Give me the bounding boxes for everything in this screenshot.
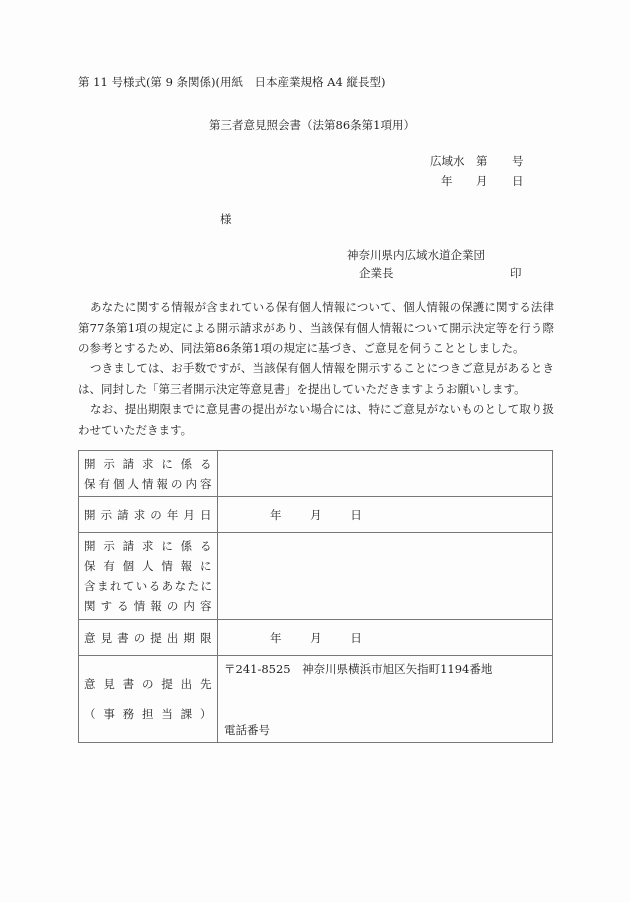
reference-go: 号 <box>512 156 524 168</box>
label-line: 意見書の提出先 <box>84 669 212 699</box>
seal-mark: 印 <box>510 268 522 280</box>
month-label: 月 <box>310 507 322 523</box>
label-line: 意見書の提出期限 <box>84 628 212 648</box>
row-label: 開示請求に係る 保有個人情報に 含まれているあなたに 関する情報の内容 <box>79 533 218 620</box>
document-title: 第三者意見照会書（法第86条第1項用） <box>209 120 415 132</box>
request-date-field[interactable]: 年 月 日 <box>218 497 553 533</box>
body-paragraph-3: なお、提出期限までに意見書の提出がない場合には、特にご意見がないものとして取り扱… <box>78 399 554 440</box>
label-line: 保有個人情報に <box>84 556 212 576</box>
body-paragraph-2: つきましては、お手数ですが、当該保有個人情報を開示することにつきご意見があるとき… <box>78 358 554 399</box>
recipient-suffix: 様 <box>220 214 232 226</box>
address-text: 〒241-8525 神奈川県横浜市旭区矢指町1194番地 <box>224 661 552 677</box>
phone-label: 電話番号 <box>224 722 270 738</box>
information-table: 開示請求に係る 保有個人情報の内容 開示請求の年月日 年 月 日 開示請求に係る… <box>78 450 553 743</box>
table-row: 意見書の提出期限 年 月 日 <box>79 620 553 656</box>
label-line: 開示請求の年月日 <box>84 505 212 525</box>
label-line: 関する情報の内容 <box>84 596 212 616</box>
form-number: 第 11 号様式(第 9 条関係)(用紙 日本産業規格 A4 縦長型) <box>78 77 385 89</box>
label-line: 開示請求に係る <box>84 454 212 474</box>
year-label: 年 <box>270 507 282 523</box>
row-label: 開示請求の年月日 <box>79 497 218 533</box>
table-row: 開示請求に係る 保有個人情報の内容 <box>79 451 553 497</box>
row-label: 意見書の提出先 （事務担当課） <box>79 656 218 743</box>
deadline-date-field[interactable]: 年 月 日 <box>218 620 553 656</box>
table-row: 意見書の提出先 （事務担当課） 〒241-8525 神奈川県横浜市旭区矢指町11… <box>79 656 553 743</box>
label-line: 開示請求に係る <box>84 536 212 556</box>
content-field[interactable] <box>218 451 553 497</box>
day-label: 日 <box>350 507 362 523</box>
table-row: 開示請求に係る 保有個人情報に 含まれているあなたに 関する情報の内容 <box>79 533 553 620</box>
label-line: （事務担当課） <box>84 699 212 729</box>
month-label: 月 <box>310 630 322 646</box>
table-row: 開示請求の年月日 年 月 日 <box>79 497 553 533</box>
reference-prefix: 広域水 <box>430 156 465 168</box>
row-label: 開示請求に係る 保有個人情報の内容 <box>79 451 218 497</box>
sender-title: 企業長 <box>359 268 394 280</box>
sender-organization: 神奈川県内広域水道企業団 <box>347 250 485 262</box>
submission-address-cell: 〒241-8525 神奈川県横浜市旭区矢指町1194番地 電話番号 <box>218 656 553 743</box>
day-label: 日 <box>350 630 362 646</box>
reference-dai: 第 <box>476 156 488 168</box>
date-day: 日 <box>512 176 524 188</box>
content-field[interactable] <box>218 533 553 620</box>
date-year: 年 <box>441 176 453 188</box>
body-paragraph-1: あなたに関する情報が含まれている保有個人情報について、個人情報の保護に関する法律… <box>78 297 554 359</box>
row-label: 意見書の提出期限 <box>79 620 218 656</box>
label-line: 含まれているあなたに <box>84 576 212 596</box>
date-month: 月 <box>476 176 488 188</box>
label-line: 保有個人情報の内容 <box>84 474 212 494</box>
year-label: 年 <box>270 630 282 646</box>
